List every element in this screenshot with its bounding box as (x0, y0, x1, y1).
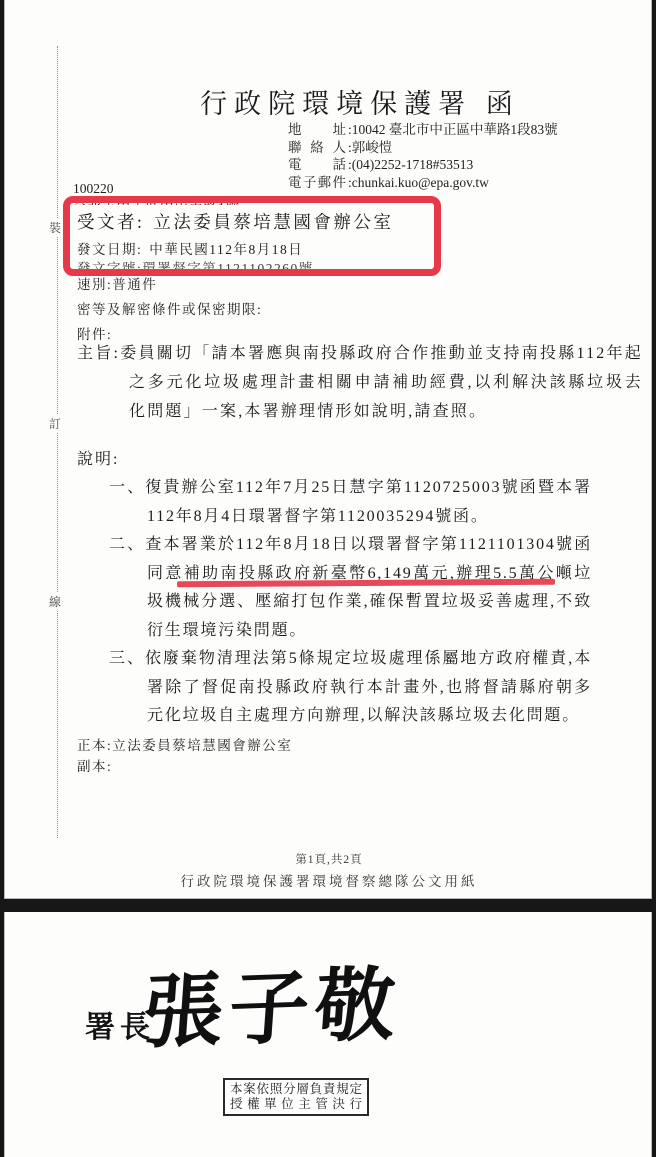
item-3-number: 三、 (109, 650, 145, 667)
director-signature: 張子敬 (140, 965, 403, 1054)
document-page-2: 署長 張子敬 本案依照分層負責規定 授權單位主管決行 (4, 912, 652, 1157)
item-1-text: 復貴辦公室112年7月25日慧字第1120725003號函暨本署112年8月4日… (145, 479, 592, 525)
binding-mark-zhuang: 裝 (49, 218, 61, 237)
contact-phone-label: 電話 (288, 156, 346, 174)
sender-contact-block: 地址:10042 臺北市中正區中華路1段83號 聯絡人:郭峻愷 電話:(04)2… (288, 121, 558, 191)
page-number: 第1頁,共2頁 (5, 851, 653, 867)
explanation-item-3: 三、依廢棄物清理法第5條規定垃圾處理係屬地方政府權責,本署除了督促南投縣政府執行… (109, 645, 592, 731)
contact-email-label: 電子郵件 (288, 174, 346, 192)
original-copy-line: 正本:立法委員蔡培慧國會辦公室 (77, 735, 292, 756)
agency-letter-title: 行政院環境保護署 函 (125, 82, 595, 121)
binding-mark-xian: 線 (49, 592, 61, 611)
contact-address-label: 地址 (288, 121, 346, 139)
recipient-zip: 100220 (73, 181, 114, 197)
screenshot-root: { "colors": { "annotation_red": "#e8394a… (0, 0, 656, 1157)
contact-address-row: 地址:10042 臺北市中正區中華路1段83號 (288, 121, 558, 139)
explanation-heading: 說明: (77, 446, 119, 469)
contact-email-value: :chunkai.kuo@epa.gov.tw (348, 175, 489, 190)
security-line: 密等及解密條件或保密期限: (77, 297, 262, 322)
subject-text: 委員關切「請本署應與南投縣政府合作推動並支持南投縣112年起之多元化垃圾處理計畫… (120, 345, 643, 420)
subject-paragraph: 主旨:委員關切「請本署應與南投縣政府合作推動並支持南投縣112年起之多元化垃圾處… (77, 339, 643, 426)
stamp-line-1: 本案依照分層負責規定 (230, 1082, 362, 1097)
binding-dotted-line (57, 46, 58, 838)
item-2-number: 二、 (109, 536, 145, 553)
document-page-1: 裝 訂 線 行政院環境保護署 函 地址:10042 臺北市中正區中華路1段83號… (4, 0, 652, 899)
contact-person-label: 聯絡人 (288, 139, 346, 157)
meta-block: 速別:普通件 密等及解密條件或保密期限: 附件: (77, 272, 262, 347)
official-paper-label: 行政院環境保護署環境督察總隊公文用紙 (5, 870, 653, 890)
item-2-text: 查本署業於112年8月18日以環署督字第1121101304號函同意補助南投縣政… (145, 536, 592, 639)
page-footer: 第1頁,共2頁 行政院環境保護署環境督察總隊公文用紙 (5, 851, 653, 890)
contact-email-row: 電子郵件:chunkai.kuo@epa.gov.tw (288, 174, 558, 192)
item-1-number: 一、 (109, 479, 145, 496)
explanation-item-1: 一、復貴辦公室112年7月25日慧字第1120725003號函暨本署112年8月… (109, 474, 592, 531)
cc-copy-line: 副本: (77, 756, 292, 777)
explanation-list: 一、復貴辦公室112年7月25日慧字第1120725003號函暨本署112年8月… (109, 474, 592, 731)
contact-phone-value: :(04)2252-1718#53513 (348, 157, 473, 172)
contact-person-row: 聯絡人:郭峻愷 (288, 139, 558, 157)
explanation-item-2: 二、查本署業於112年8月18日以環署督字第1121101304號函同意補助南投… (109, 531, 592, 645)
stamp-line-2: 授權單位主管決行 (230, 1097, 362, 1112)
item-3-text: 依廢棄物清理法第5條規定垃圾處理係屬地方政府權責,本署除了督促南投縣政府執行本計… (145, 650, 592, 724)
delegation-stamp-box: 本案依照分層負責規定 授權單位主管決行 (223, 1078, 369, 1116)
copies-block: 正本:立法委員蔡培慧國會辦公室 副本: (77, 735, 292, 777)
contact-address-value: :10042 臺北市中正區中華路1段83號 (348, 122, 558, 137)
contact-person-value: :郭峻愷 (348, 140, 392, 155)
binding-mark-ding: 訂 (49, 414, 61, 433)
contact-phone-row: 電話:(04)2252-1718#53513 (288, 156, 558, 174)
subject-label: 主旨: (77, 345, 120, 362)
page-separator (0, 899, 656, 912)
red-highlight-box (63, 196, 441, 276)
